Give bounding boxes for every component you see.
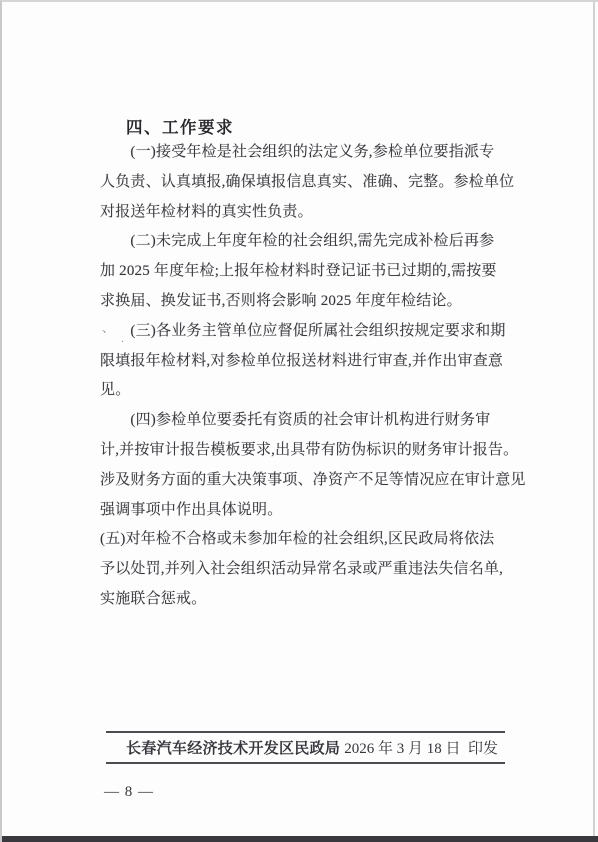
body-line: 人负责、认真填报,确保填报信息真实、准确、完整。参检单位: [100, 168, 512, 198]
document-page: 四、工作要求 (一)接受年检是社会组织的法定义务,参检单位要指派专 人负责、认真…: [0, 0, 598, 842]
body-line: 予以处罚,并列入社会组织活动异常名录或严重违法失信名单,: [100, 555, 512, 585]
body-line: 对报送年检材料的真实性负责。: [100, 198, 512, 228]
body-line: 见。: [100, 376, 512, 406]
body-line: 计,并按审计报告模板要求,出具带有防伪标识的财务审计报告。: [100, 436, 512, 466]
body-line: 加 2025 年度年检;上报年检材料时登记证书已过期的,需按要: [100, 257, 512, 287]
document-body: (一)接受年检是社会组织的法定义务,参检单位要指派专 人负责、认真填报,确保填报…: [100, 138, 512, 615]
scan-artifact: 、: [102, 322, 114, 334]
colophon-bar: 长春汽车经济技术开发区民政局 2026 年 3 月 18 日 印发: [106, 731, 505, 764]
print-date: 2026 年 3 月 18 日 印发: [344, 737, 498, 758]
body-line: 求换届、换发证书,否则将会影响 2025 年度年检结论。: [100, 287, 512, 317]
body-line: (五)对年检不合格或未参加年检的社会组织,区民政局将依法: [100, 525, 512, 555]
body-line: 限填报年检材料,对参检单位报送材料进行审查,并作出审查意: [100, 347, 512, 377]
body-line: 实施联合惩戒。: [100, 585, 512, 615]
body-line: (一)接受年检是社会组织的法定义务,参检单位要指派专: [100, 138, 512, 168]
section-heading: 四、工作要求: [126, 114, 234, 138]
body-line: 强调事项中作出具体说明。: [100, 496, 512, 526]
scan-artifact: .: [121, 332, 124, 344]
body-line: (四)参检单位要委托有资质的社会审计机构进行财务审: [100, 406, 512, 436]
issuer-name: 长春汽车经济技术开发区民政局: [126, 737, 340, 758]
body-line: (二)未完成上年度年检的社会组织,需先完成补检后再参: [100, 227, 512, 257]
page-bottom-edge: [2, 836, 598, 842]
page-number: — 8 —: [104, 784, 154, 801]
page-right-edge: [593, 2, 595, 842]
body-line: (三)各业务主管单位应督促所属社会组织按规定要求和期: [100, 317, 512, 347]
body-line: 涉及财务方面的重大决策事项、净资产不足等情况应在审计意见: [100, 466, 512, 496]
